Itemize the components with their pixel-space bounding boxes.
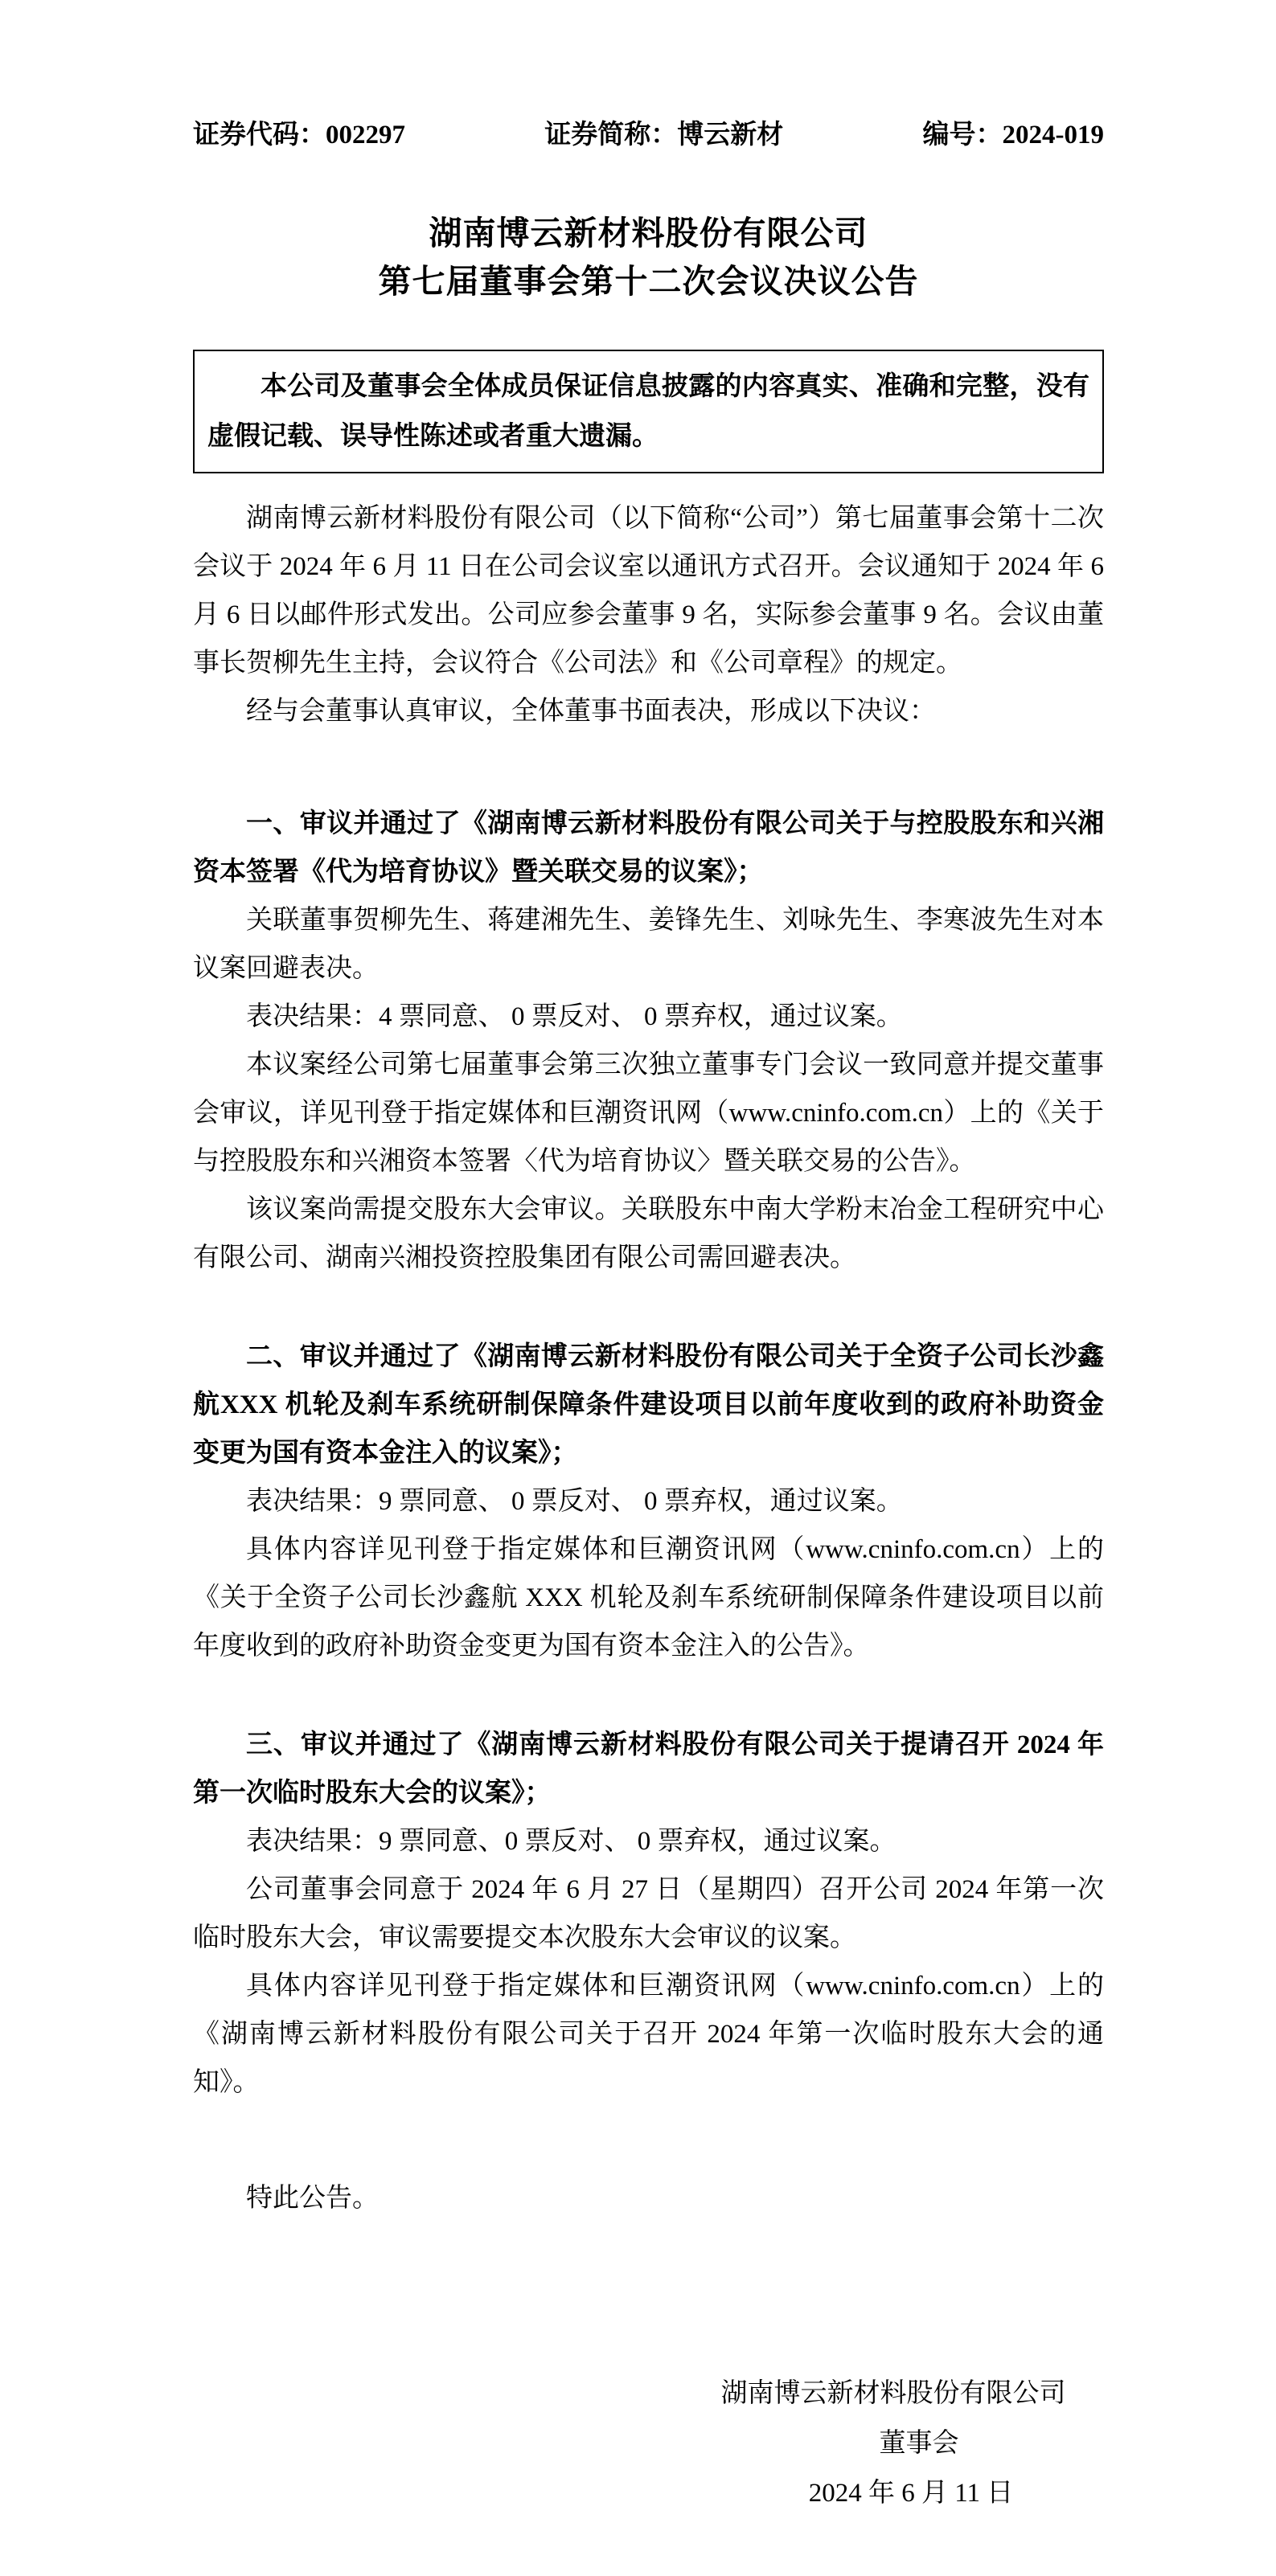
intro-paragraph-2: 经与会董事认真审议，全体董事书面表决，形成以下决议：: [193, 687, 1104, 735]
signature-board: 董事会: [720, 2418, 1067, 2468]
document-body: { "header": { "stock_code": "证券代码：002297…: [0, 0, 1276, 2576]
intro-paragraph-1: 湖南博云新材料股份有限公司（以下简称“公司”）第七届董事会第十二次会议于 202…: [193, 494, 1104, 687]
section-2-paragraph-2: 具体内容详见刊登于指定媒体和巨潮资讯网（www.cninfo.com.cn）上的…: [193, 1526, 1104, 1670]
company-name-title: 湖南博云新材料股份有限公司: [193, 209, 1104, 257]
section-3-vote-result: 表决结果：9 票同意、0 票反对、 0 票弃权，通过议案。: [193, 1817, 1104, 1865]
section-3-heading: 三、审议并通过了《湖南博云新材料股份有限公司关于提请召开 2024 年第一次临时…: [193, 1721, 1104, 1817]
disclaimer-box: 本公司及董事会全体成员保证信息披露的内容真实、准确和完整，没有虚假记载、误导性陈…: [193, 350, 1104, 473]
securities-header: 证券代码：002297 证券简称：博云新材 编号：2024-019: [193, 117, 1104, 153]
section-1-paragraph-3: 本议案经公司第七届董事会第三次独立董事专门会议一致同意并提交董事会审议，详见刊登…: [193, 1041, 1104, 1186]
stock-code-label: 证券代码：002297: [193, 117, 405, 153]
section-3-paragraph-2: 公司董事会同意于 2024 年 6 月 27 日（星期四）召开公司 2024 年…: [193, 1865, 1104, 1962]
signature-date: 2024 年 6 月 11 日: [720, 2468, 1067, 2518]
announcement-page: 证券代码：002297 证券简称：博云新材 编号：2024-019 湖南博云新材…: [193, 0, 1104, 2518]
section-1-heading: 一、审议并通过了《湖南博云新材料股份有限公司关于与控股股东和兴湘资本签署《代为培…: [193, 800, 1104, 896]
section-1-paragraph-4: 该议案尚需提交股东大会审议。关联股东中南大学粉末冶金工程研究中心有限公司、湖南兴…: [193, 1186, 1104, 1282]
section-1-vote-result: 表决结果：4 票同意、 0 票反对、 0 票弃权，通过议案。: [193, 993, 1104, 1041]
disclaimer-text: 本公司及董事会全体成员保证信息披露的内容真实、准确和完整，没有虚假记载、误导性陈…: [207, 362, 1089, 461]
signature-block: 湖南博云新材料股份有限公司 董事会 2024 年 6 月 11 日: [720, 2369, 1067, 2518]
section-1-paragraph-1: 关联董事贺柳先生、蒋建湘先生、姜锋先生、刘咏先生、李寒波先生对本议案回避表决。: [193, 896, 1104, 993]
signature-company: 湖南博云新材料股份有限公司: [720, 2369, 1067, 2418]
announcement-title: 第七届董事会第十二次会议决议公告: [193, 257, 1104, 305]
closing-statement: 特此公告。: [193, 2174, 1104, 2222]
announcement-number-label: 编号：2024-019: [923, 117, 1105, 153]
section-3-paragraph-3: 具体内容详见刊登于指定媒体和巨潮资讯网（www.cninfo.com.cn）上的…: [193, 1962, 1104, 2107]
stock-short-name-label: 证券简称：博云新材: [544, 117, 783, 153]
section-2-vote-result: 表决结果：9 票同意、 0 票反对、 0 票弃权，通过议案。: [193, 1477, 1104, 1526]
section-2-heading: 二、审议并通过了《湖南博云新材料股份有限公司关于全资子公司长沙鑫航XXX 机轮及…: [193, 1333, 1104, 1477]
